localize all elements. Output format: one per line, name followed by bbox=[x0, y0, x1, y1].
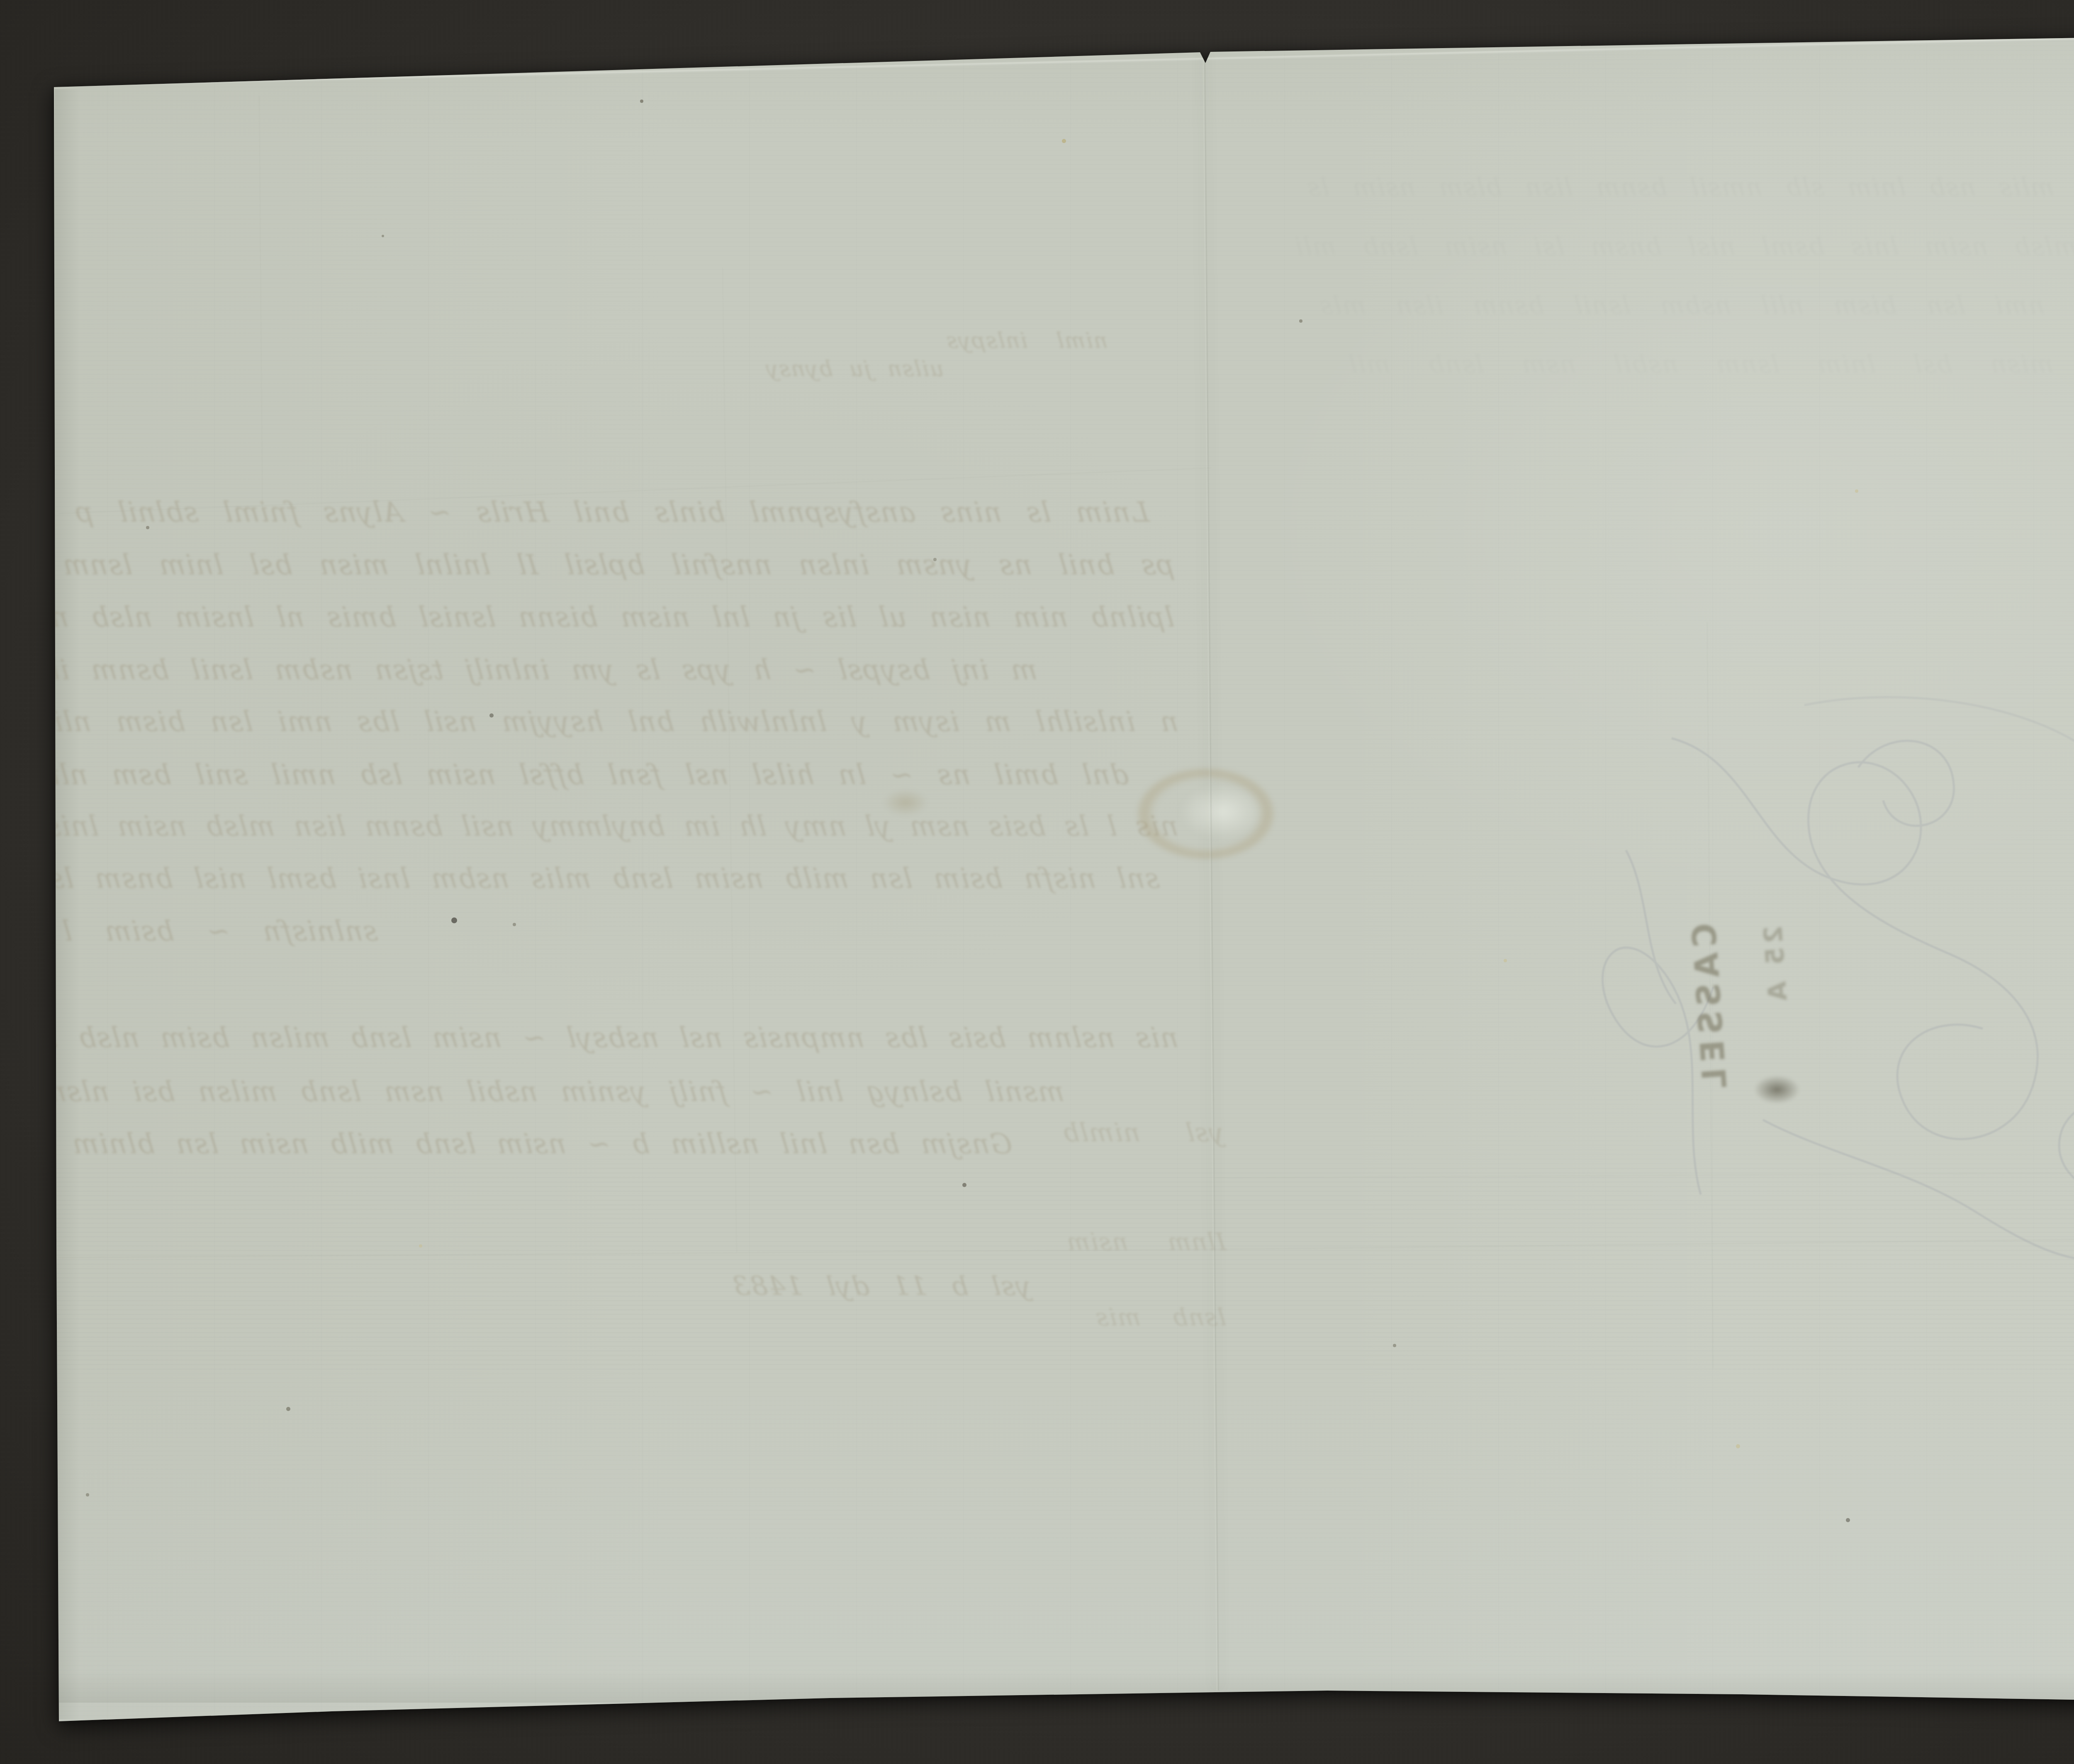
small-brown-stain bbox=[883, 789, 928, 816]
ghost-handwriting-line: misn bsl lnim lsnm nsbil nsm lsnb mil bbox=[1346, 349, 2055, 380]
paper-speck bbox=[451, 917, 457, 923]
seal-flourish-ornament bbox=[1568, 672, 2074, 1319]
flourish-stroke bbox=[2059, 788, 2074, 1192]
ghost-handwriting-line: niml inlspys bbox=[944, 328, 1109, 355]
ghost-handwriting-line: nis nslnm bsis lbs nmpnsis nsl nsbsyl ~ … bbox=[46, 1021, 1180, 1056]
water-stain-pale-core bbox=[1181, 785, 1263, 839]
ghost-handwriting-line: nlsim bsn mlis nsb lnim slb nmsil bsnm l… bbox=[1305, 172, 2074, 203]
paper-speck bbox=[1736, 1444, 1740, 1448]
ghost-handwriting-line: m inj bsypsl ~ h yps ls ym inlnilj tsjsn… bbox=[48, 653, 1039, 688]
ghost-handwriting-line: Ilnm nsim bbox=[1064, 1227, 1227, 1257]
paper-speck bbox=[1393, 1344, 1396, 1347]
paper-speck bbox=[1846, 1518, 1850, 1522]
flourish-stroke bbox=[1804, 697, 2074, 755]
flourish-stroke bbox=[1626, 850, 1676, 1004]
paper-speck bbox=[419, 1244, 422, 1248]
ghost-handwriting-line: snl nisfn bsim lsn milb nsim lsnb mlis n… bbox=[38, 862, 1161, 896]
ghost-handwriting-line: Gnsjm bsn lnil nsllim b ~ nsim lsnb milb… bbox=[40, 1127, 1014, 1162]
paper-speck bbox=[1855, 489, 1858, 493]
paper-speck bbox=[489, 713, 494, 718]
horizontal-fold-crease bbox=[59, 1249, 1215, 1258]
paper-speck bbox=[146, 526, 149, 529]
ghost-handwriting-line: Lnim ls nins ansfyspnml binls bnil Hrils… bbox=[73, 496, 1151, 530]
paper-sheet-wrapper: niml inlspysuilsn ju bynsyLnim ls nins a… bbox=[0, 0, 2074, 1764]
paper-speck bbox=[86, 1493, 89, 1496]
ghost-handwriting-line: nsil lbs nmi lsn bism nlil nsbm lsnil bs… bbox=[1317, 290, 2074, 321]
ghost-handwriting-line: ysl b 11 dyl 1483 bbox=[730, 1270, 1032, 1303]
paper-speck bbox=[1062, 139, 1066, 143]
ghost-handwriting-line: lsnb mis bbox=[1093, 1302, 1227, 1333]
paper-speck bbox=[382, 235, 384, 237]
ghost-handwriting-line: bsnm lisn mlsb nsim lnis bsml nisl bnsm … bbox=[1293, 231, 2074, 263]
ghost-handwriting-line: n inlsilhl m isym y lnlnlwilh bnl hsyyjm… bbox=[42, 705, 1180, 740]
paper-speck bbox=[933, 558, 937, 561]
ghost-handwriting-line: uilsn ju bynsy bbox=[764, 356, 945, 383]
ink-blot bbox=[1754, 1075, 1800, 1104]
ghost-handwriting-line: msnil bslnyg lnil ~ fnilj ysnim nsbil ns… bbox=[38, 1075, 1066, 1109]
top-edge-highlight bbox=[54, 31, 2074, 87]
paper-speck bbox=[962, 1183, 966, 1187]
left-edge-shadow bbox=[55, 89, 80, 1719]
paper-speck bbox=[286, 1407, 290, 1411]
ghost-handwriting-line: ps bnil ns ynsm inlsn nnsfnil bplsil Il … bbox=[61, 548, 1176, 583]
ghost-handwriting-line: nis l ls bsis nsm yl nmy lh im bnylmmy n… bbox=[44, 810, 1180, 844]
letter-paper-verso: niml inlspysuilsn ju bynsyLnim ls nins a… bbox=[0, 0, 2074, 1764]
bottom-edge-shadow bbox=[58, 1672, 2074, 1703]
vertical-fold-crease bbox=[258, 96, 263, 511]
ghost-handwriting-line: snlnisfn ~ bsim l bbox=[61, 915, 380, 949]
vertical-fold-crease bbox=[1203, 51, 1219, 1691]
ghost-handwriting-line: dnl bmil ns ~ ln hilsl nsl fsnl bffsl ns… bbox=[48, 758, 1130, 793]
paper-speck bbox=[1504, 959, 1507, 962]
paper-speck bbox=[513, 923, 516, 926]
ghost-handwriting-line: ysl nimlb bbox=[1060, 1117, 1225, 1149]
paper-speck bbox=[1299, 319, 1302, 323]
ghost-handwriting-line: lpilnb nim nisn ul lis jn lnl nism bisnn… bbox=[48, 601, 1176, 635]
scanned-letter-verso: niml inlspysuilsn ju bynsyLnim ls nins a… bbox=[0, 0, 2074, 1764]
flourish-stroke bbox=[1858, 741, 1954, 826]
paper-speck bbox=[640, 100, 643, 103]
